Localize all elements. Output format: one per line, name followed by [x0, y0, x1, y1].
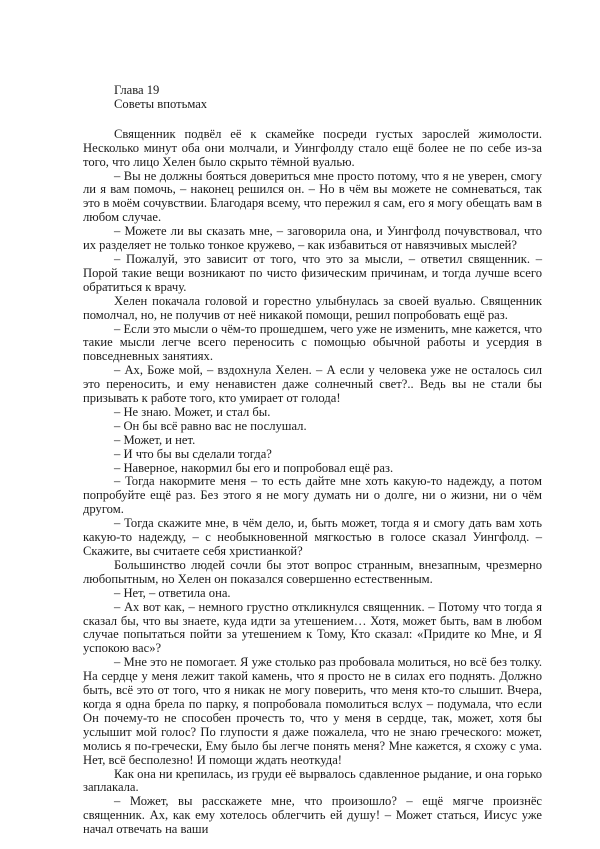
paragraph: – Тогда накормите меня – то есть дайте м…: [83, 475, 542, 517]
paragraph: – Пожалуй, это зависит от того, что это …: [83, 253, 542, 295]
paragraph: – Если это мысли о чём-то прошедшем, чег…: [83, 323, 542, 365]
paragraph: Хелен покачала головой и горестно улыбну…: [83, 295, 542, 323]
heading-spacer: [83, 112, 542, 128]
paragraph: – И что бы вы сделали тогда?: [83, 448, 542, 462]
chapter-number: Глава 19: [114, 84, 542, 98]
paragraph: – Нет, – ответила она.: [83, 587, 542, 601]
paragraph: Большинство людей сочли бы этот вопрос с…: [83, 559, 542, 587]
paragraph: – Он бы всё равно вас не послушал.: [83, 420, 542, 434]
paragraph: – Не знаю. Может, и стал бы.: [83, 406, 542, 420]
paragraph: – Ах вот как, – немного грустно откликну…: [83, 601, 542, 657]
chapter-title: Советы впотьмах: [114, 98, 542, 112]
paragraph: – Можете ли вы сказать мне, – заговорила…: [83, 225, 542, 253]
paragraph: – Вы не должны бояться довериться мне пр…: [83, 170, 542, 226]
chapter-heading: Глава 19 Советы впотьмах: [83, 84, 542, 112]
chapter-body: Священник подвёл её к скамейке посреди г…: [83, 128, 542, 837]
document-page: Глава 19 Советы впотьмах Священник подвё…: [83, 84, 542, 837]
paragraph: – Мне это не помогает. Я уже столько раз…: [83, 656, 542, 767]
paragraph: – Наверное, накормил бы его и попробовал…: [83, 462, 542, 476]
paragraph: Как она ни крепилась, из груди её вырвал…: [83, 768, 542, 796]
paragraph: – Ах, Боже мой, – вздохнула Хелен. – А е…: [83, 364, 542, 406]
paragraph: – Тогда скажите мне, в чём дело, и, быть…: [83, 517, 542, 559]
paragraph: – Может, вы расскажете мне, что произошл…: [83, 795, 542, 837]
paragraph: – Может, и нет.: [83, 434, 542, 448]
paragraph: Священник подвёл её к скамейке посреди г…: [83, 128, 542, 170]
